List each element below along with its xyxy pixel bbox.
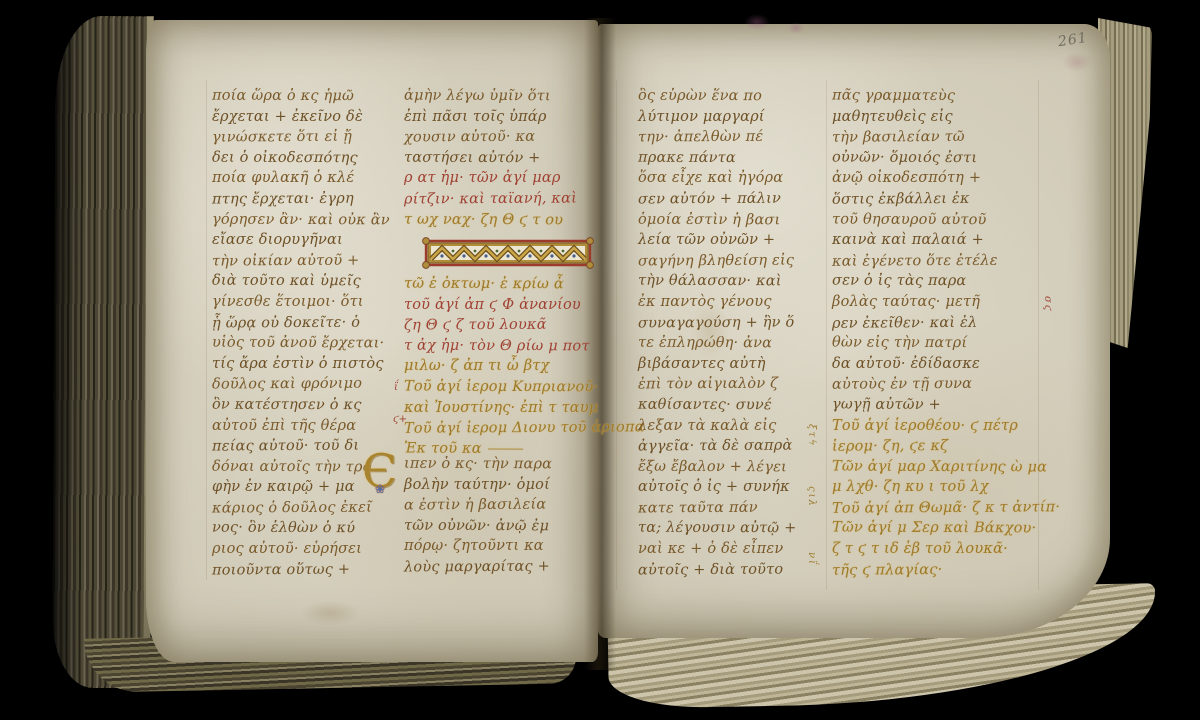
manuscript-text-line: σεν ὁ ἰς τὰς παρα — [832, 271, 1060, 293]
manuscript-text-line: βολὴν ταύτην· ὁμοί — [404, 475, 552, 496]
manuscript-text-line: γόρησεν ἂν· καὶ οὐκ ἂν — [212, 209, 390, 230]
manuscript-text-line: σαγήνη βληθείση εἰς — [638, 250, 797, 272]
manuscript-text-line: τοῦ ἁγί ἀπ ϛ Φ ἀνανίου — [404, 295, 590, 316]
manuscript-text-line: τῆς ϛ πλαγίας· — [832, 559, 1060, 581]
manuscript-text-line: δοῦλος καὶ φρόνιμο — [212, 374, 390, 396]
manuscript-text-line: καὶ ἐγένετο ὅτε ἐτέλε — [832, 250, 1060, 272]
manuscript-text-line: πόρῳ· ζητοῦντι κα — [404, 536, 552, 557]
manuscript-text-line: βιβάσαντες αὐτὴ — [638, 354, 797, 375]
manuscript-text-line: ποιοῦντα οὕτως + — [212, 559, 390, 581]
manuscript-text-line: εἴασε διορυγῆναι — [212, 230, 390, 251]
left-column-2-rubrics: τῶ ἑ ὀκτωμ· ἑ κρίω ἆτοῦ ἁγί ἀπ ϛ Φ ἀνανί… — [404, 274, 590, 377]
manuscript-text-line: αὐτοῖς + διὰ τοῦτο — [638, 559, 797, 581]
manuscript-text-line: ὁμοία ἐστὶν ἡ βασι — [638, 209, 797, 230]
manuscript-text-line: Τῶν ἁγί μ Σερ καὶ Βάκχου· — [832, 518, 1060, 540]
manuscript-text-line: ζ τ ϛ τ ιδ ἑβ τοῦ λουκᾶ· — [832, 539, 1060, 560]
manuscript-text-line: πρακε πάντα — [638, 147, 797, 168]
manuscript-text-line: Τῶν ἁγί μαρ Χαριτίνης ὼ μα — [832, 456, 1060, 478]
manuscript-text-line: ρ ατ ἡμ· τῶν ἁγί μαρ — [404, 168, 577, 189]
manuscript-text-line: Τοῦ ἁγί ἱεροθέου· ϛ πέτρ — [832, 416, 1060, 437]
manuscript-text-line: αὐτοῦ ἐπὶ τῆς θέρα — [212, 416, 390, 437]
manuscript-text-line: ἐπὶ τὸν αἰγιαλὸν ζ — [638, 374, 797, 396]
manuscript-text-line: ἱερομ· ζη, ϛε κζ — [832, 435, 1060, 457]
left-column-2-lower: ιπεν ὁ κς· τὴν παραβολὴν ταύτην· ὁμοία ἐ… — [404, 454, 552, 578]
left-column-2-calendar: Τοῦ ἁγί ἱερομ Κυπριανοῦ·καὶ Ἰουστίνης· ἐ… — [404, 378, 645, 460]
manuscript-text-line: πτης ἔρχεται· ἐγρη — [212, 188, 390, 210]
manuscript-text-line: δα αὐτοῦ· ἐδίδασκε — [832, 354, 1060, 375]
manuscript-text-line: τὴν οἰκίαν αὐτοῦ + — [212, 250, 390, 272]
manuscript-text-line: δει ὁ οἰκοδεσπότης — [212, 147, 390, 168]
manuscript-text-line: ὅσα εἶχε καὶ ἠγόρα — [638, 168, 797, 189]
marginal-mark: σϛ — [1042, 296, 1053, 312]
manuscript-text-line: γίνεσθε ἕτοιμοι· ὅτι — [212, 292, 390, 313]
manuscript-text-line: βολὰς ταύτας· μετῆ — [832, 292, 1060, 313]
right-column-2: πᾶς γραμματεὺςμαθητευθεὶς εἰςτὴν βασιλεί… — [832, 86, 1060, 580]
manuscript-text-line: α ἐστὶν ἡ βασιλεία — [404, 495, 552, 516]
manuscript-text-line: ὅστις ἐκβάλλει ἐκ — [832, 188, 1060, 210]
manuscript-text-line: κατε ταῦτα πάν — [638, 497, 797, 519]
manuscript-text-line: νος· ὃν ἐλθὼν ὁ κύ — [212, 518, 390, 539]
ruling-line — [206, 80, 207, 580]
manuscript-text-line: ζη Θ ϛ ζ τοῦ λουκᾶ — [404, 315, 590, 337]
manuscript-text-line: τα; λέγουσιν αὐτῷ + — [638, 518, 797, 539]
manuscript-text-line: λοὺς μαργαρίτας + — [404, 557, 552, 578]
initial-flower-decoration: ❀ — [375, 466, 385, 512]
manuscript-text-line: τε ἐπληρώθη· ἀνα — [638, 333, 797, 354]
manuscript-text-line: λεξαν τὰ καλὰ εἰς — [638, 416, 797, 437]
manuscript-text-line: μ λχθ· ζη κυ ι τοῦ λχ — [832, 477, 1060, 498]
manuscript-text-line: θὼν εἰς τὴν πατρί — [832, 333, 1060, 355]
manuscript-text-line: ἀγγεῖα· τὰ δὲ σαπρὰ — [638, 436, 797, 458]
left-column-2-upper: ἀμὴν λέγω ὑμῖν ὅτιἐπὶ πᾶσι τοῖς ὑπάρχουσ… — [404, 86, 577, 230]
left-column-1: ποία ὥρα ὁ κς ἡμῶἔρχεται + ἐκεῖνο δὲγινώ… — [212, 86, 390, 580]
manuscript-text-line: ᾗ ὥρᾳ οὐ δοκεῖτε· ὁ — [212, 312, 390, 334]
manuscript-text-line: ὃς εὑρὼν ἕνα πο — [638, 86, 797, 107]
manuscript-text-line: αὐτοῖς ὁ ἰς + συνήκ — [638, 477, 797, 498]
manuscript-text-line: οὐνῶν· ὅμοιός ἐστι — [832, 147, 1060, 169]
lection-opening: Є ❀ ιπεν ὁ κς· τὴν παραβολὴν ταύτην· ὁμο… — [404, 454, 552, 578]
manuscript-text-line: καὶ Ἰουστίνης· ἐπὶ τ ταυμ — [404, 399, 645, 420]
manuscript-text-line: γωγῇ αὐτῶν + — [832, 394, 1060, 416]
manuscript-text-line: ταστήσει αὐτόν + — [404, 147, 577, 168]
manuscript-text-line: χουσιν αὐτοῦ· κα — [404, 127, 577, 149]
manuscript-text-line: λεία τῶν οὐνῶν + — [638, 230, 797, 251]
manuscript-text-line: ιπεν ὁ κς· τὴν παρα — [404, 454, 552, 475]
manuscript-text-line: τῶ ἑ ὀκτωμ· ἑ κρίω ἆ — [404, 274, 590, 295]
manuscript-text-line: ἐπὶ πᾶσι τοῖς ὑπάρ — [404, 107, 577, 128]
left-page-edge-stack — [52, 16, 154, 689]
marginal-lection-reference: νΐ — [806, 552, 817, 566]
marginal-lection-reference: ςιλ — [806, 486, 817, 508]
manuscript-text-line: Τοῦ ἁγί ἱερομ Κυπριανοῦ· — [404, 377, 645, 399]
marginal-mark: ΐ — [394, 382, 398, 393]
manuscript-text-line: τοῦ θησαυροῦ αὐτοῦ — [832, 209, 1060, 231]
manuscript-text-line: αὐτοὺς ἐν τῇ συνα — [832, 374, 1060, 396]
manuscript-text-line: υἱὸς τοῦ ἀνοῦ ἔρχεται· — [212, 333, 390, 354]
manuscript-text-line: μιλω· ζ ἀπ τι ὦ βτχ — [404, 356, 590, 377]
manuscript-text-line: ναὶ κε + ὁ δὲ εἶπεν — [638, 539, 797, 560]
manuscript-text-line: διὰ τοῦτο καὶ ὑμεῖς — [212, 271, 390, 292]
manuscript-text-line: Τοῦ ἁγί ἱερομ Διονυ τοῦ ἀριοπα — [404, 418, 645, 440]
manuscript-text-line: τ ἀχ ἡμ· τὸν Θ ρίω μ ποτ — [404, 335, 590, 356]
manuscript-text-line: πᾶς γραμματεὺς — [832, 86, 1060, 108]
ruling-line — [616, 80, 617, 590]
manuscript-text-line: καθίσαντες· συνέ — [638, 395, 797, 416]
manuscript-text-line: τ ωχ ναχ· ζη Θ ϛ τ ου — [404, 209, 577, 230]
manuscript-text-line: ποία ὥρα ὁ κς ἡμῶ — [212, 86, 390, 107]
manuscript-text-line: ἀνῷ οἰκοδεσπότη + — [832, 168, 1060, 189]
manuscript-text-line: τὴν βασιλείαν τῶ — [832, 126, 1060, 148]
manuscript-text-line: καινὰ καὶ παλαιά + — [832, 230, 1060, 251]
manuscript-text-line: τῶν οὐνῶν· ἀνῷ ἐμ — [404, 515, 552, 536]
manuscript-text-line: λύτιμον μαργαρί — [638, 107, 797, 128]
headpiece-ornament — [420, 235, 596, 271]
manuscript-photo: 261 ποία ὥρα ὁ κς ἡμῶἔρχεται + ἐκεῖνο δὲ… — [0, 0, 1200, 720]
manuscript-text-line: ὃν κατέστησεν ὁ κς — [212, 395, 390, 416]
manuscript-text-line: Τοῦ ἁγί ἀπ Θωμᾶ· ζ κ τ ἀντίπ· — [832, 497, 1060, 519]
manuscript-text-line: ποία φυλακῆ ὁ κλέ — [212, 168, 390, 189]
manuscript-text-line: ριος αὐτοῦ· εὑρήσει — [212, 539, 390, 560]
manuscript-text-line: κάριος ὁ δοῦλος ἐκεῖ — [212, 497, 390, 519]
manuscript-text-line: την· ἀπελθὼν πέ — [638, 127, 797, 149]
marginal-lection-reference: ξτϟ — [806, 424, 817, 448]
illuminated-initial-epsilon: Є ❀ — [362, 448, 397, 494]
manuscript-text-line: τίς ἄρα ἐστὶν ὁ πιστὸς — [212, 354, 390, 375]
manuscript-text-line: τὴν θάλασσαν· καὶ — [638, 271, 797, 292]
marginal-mark: ϛ+ — [393, 414, 407, 425]
manuscript-text-line: σεν αὐτόν + πάλιν — [638, 188, 797, 210]
manuscript-text-line: γινώσκετε ὅτι εἰ ᾔ — [212, 127, 390, 149]
manuscript-text-line: ἔξω ἔβαλον + λέγει — [638, 456, 797, 477]
manuscript-text-line: ἔρχεται + ἐκεῖνο δὲ — [212, 107, 390, 128]
manuscript-text-line: μαθητευθεὶς εἰς — [832, 107, 1060, 128]
ruling-line — [826, 80, 827, 590]
manuscript-text-line: ἐκ παντὸς γένους — [638, 292, 797, 313]
manuscript-text-line: ρίτζιν· καὶ ταϊανή, καὶ — [404, 188, 577, 210]
manuscript-text-line: ρεν ἐκεῖθεν· καὶ ἐλ — [832, 312, 1060, 334]
manuscript-text-line: συναγαγούση + ἣν ὅ — [638, 312, 797, 334]
manuscript-text-line: ἀμὴν λέγω ὑμῖν ὅτι — [404, 86, 577, 107]
right-column-1: ὃς εὑρὼν ἕνα πολύτιμον μαργαρίτην· ἀπελθ… — [638, 86, 797, 580]
